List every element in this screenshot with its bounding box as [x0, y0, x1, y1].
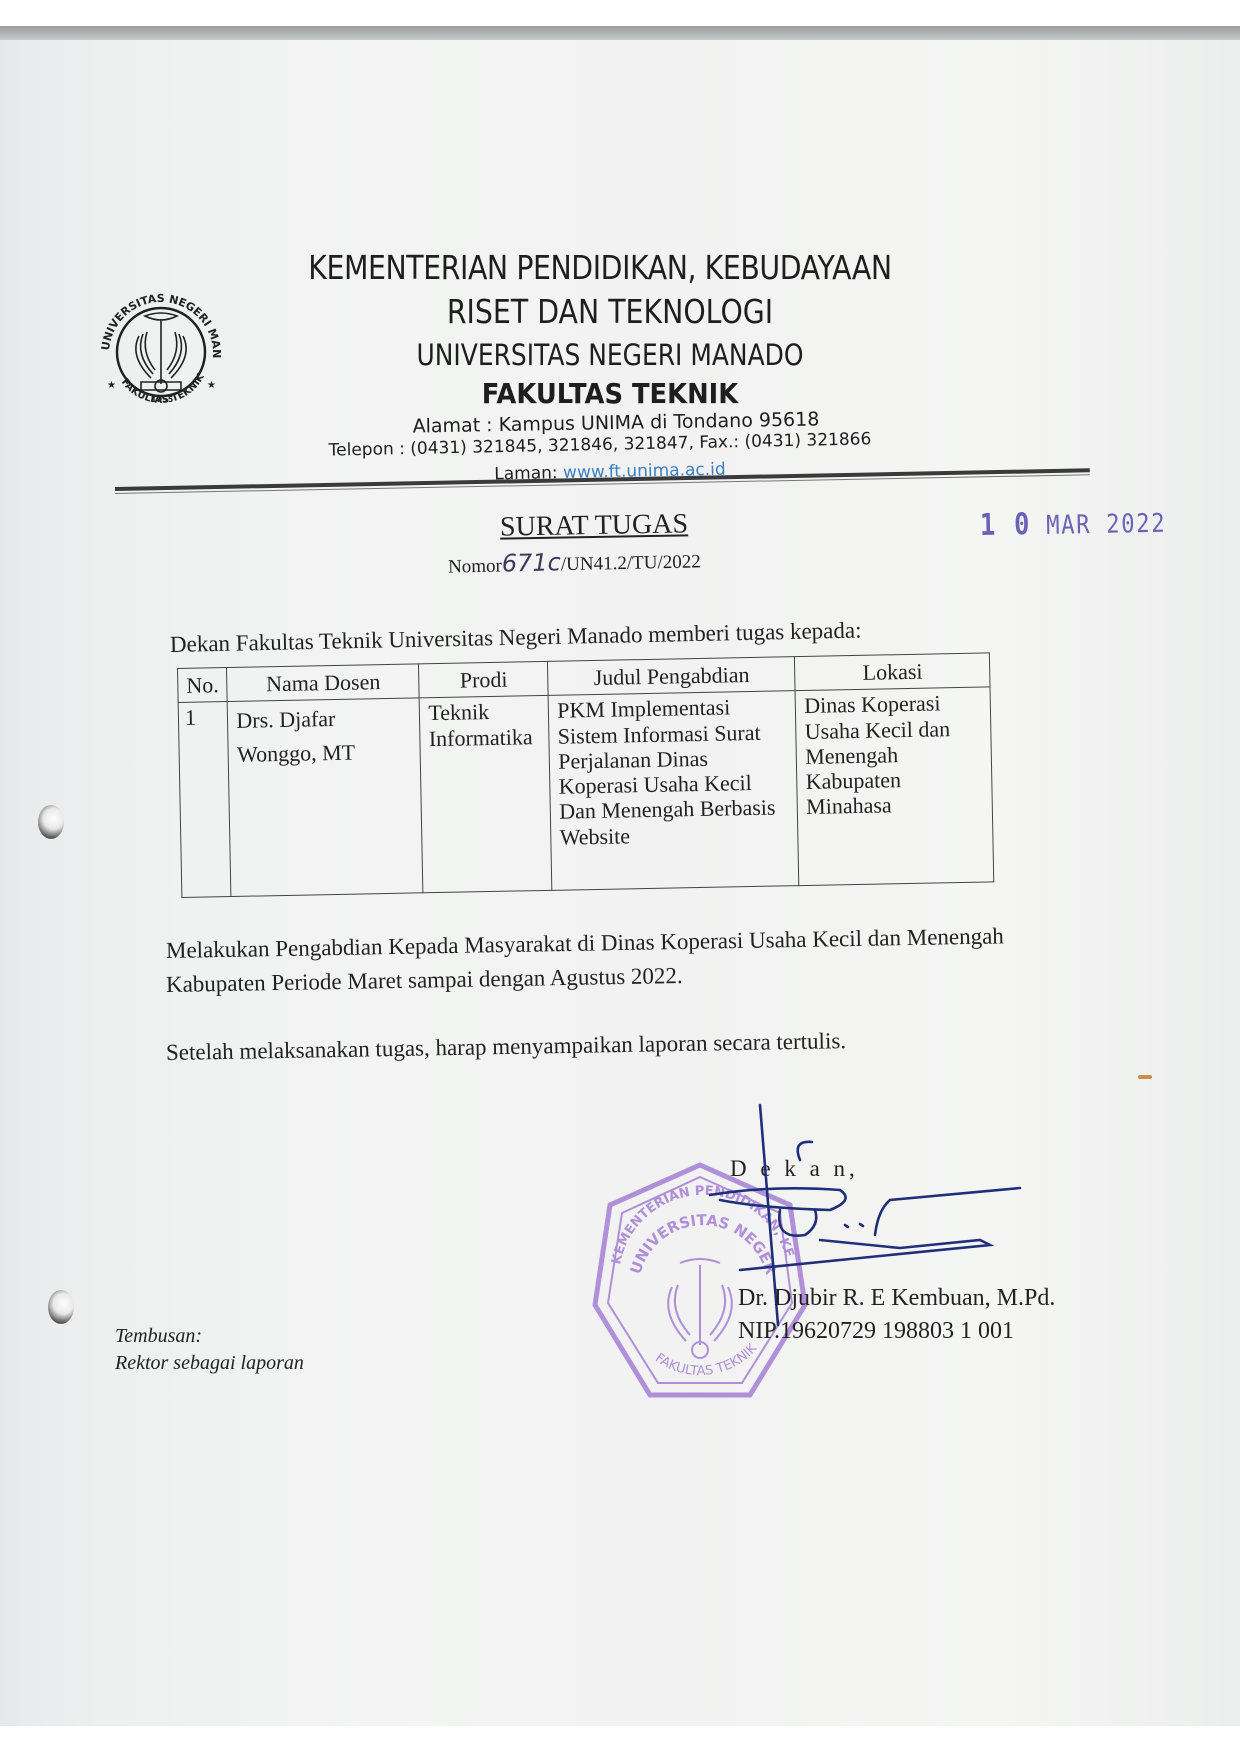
col-header-title: Judul Pengabdian: [548, 657, 796, 696]
number-prefix: Nomor: [448, 556, 502, 578]
cc-label: Tembusan:: [115, 1325, 202, 1348]
number-handwritten: 671c: [502, 548, 562, 577]
signatory-name: Dr. Djubir R. E Kembuan, M.Pd.: [738, 1285, 1055, 1312]
date-stamp-day: 1 0: [980, 507, 1032, 543]
col-header-no: No.: [178, 668, 228, 703]
cell-name: Drs. Djafar Wonggo, MT: [228, 698, 424, 897]
punch-hole-icon: [48, 1290, 74, 1324]
date-stamp: 1 0 MAR 2022: [980, 505, 1167, 543]
col-header-name: Nama Dosen: [227, 664, 420, 702]
cell-no: 1: [178, 702, 231, 898]
date-stamp-month-year: MAR 2022: [1046, 509, 1167, 541]
ministry-name: KEMENTERIAN PENDIDIKAN, KEBUDAYAAN: [67, 248, 1133, 287]
document-title: SURAT TUGAS: [500, 508, 689, 543]
assignment-table: No. Nama Dosen Prodi Judul Pengabdian Lo…: [177, 652, 995, 898]
ministry-name-2: RISET DAN TEKNOLOGI: [77, 292, 1143, 331]
university-name: UNIVERSITAS NEGERI MANADO: [77, 338, 1143, 372]
cell-prodi: Teknik Informatika: [420, 696, 553, 893]
col-header-location: Lokasi: [795, 653, 991, 691]
number-suffix: /UN41.2/TU/2022: [561, 551, 701, 575]
stain: [1138, 1075, 1152, 1079]
table-row: 1 Drs. Djafar Wonggo, MT Teknik Informat…: [178, 687, 994, 898]
scan-edge: [0, 26, 1240, 40]
document-number: Nomor671c/UN41.2/TU/2022: [448, 545, 701, 578]
cell-location: Dinas Koperasi Usaha Kecil dan Menengah …: [795, 687, 994, 886]
punch-hole-icon: [38, 805, 64, 839]
cell-title: PKM Implementasi Sistem Informasi Surat …: [548, 691, 799, 891]
signatory-nip: NIP.19620729 198803 1 001: [738, 1318, 1014, 1345]
cc-item: Rektor sebagai laporan: [115, 1352, 304, 1375]
col-header-prodi: Prodi: [419, 661, 549, 698]
